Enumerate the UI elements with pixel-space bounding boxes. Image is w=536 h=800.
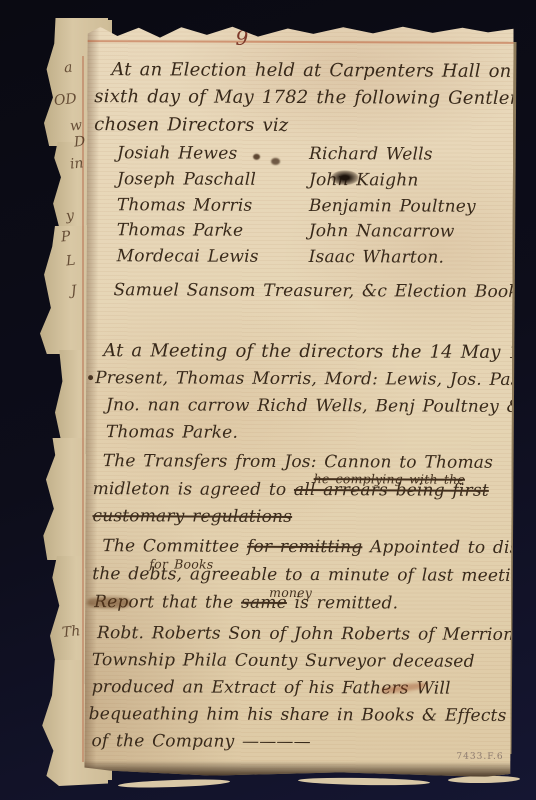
- stub-text-fragment: J: [70, 283, 77, 300]
- roberts-minute-line: bequeathing him his share in Books & Eff…: [89, 704, 507, 726]
- director-name: Mordecai Lewis: [117, 244, 259, 270]
- directors-list-right: Richard Wells John Kaighn Benjamin Poult…: [309, 142, 477, 272]
- treasurer-line: Samuel Sansom Treasurer, &c Election Boo…: [113, 280, 518, 302]
- manuscript-page: 9 At an Election held at Carpenters Hall…: [84, 23, 513, 777]
- committee-text: Appointed to discharge: [362, 537, 536, 558]
- director-name: Joseph Paschall: [117, 167, 259, 193]
- ink-blot: [271, 158, 280, 165]
- transfer-text: midleton is agreed to: [93, 479, 294, 500]
- transfer-minute-line: The Transfers from Jos: Cannon to Thomas: [103, 451, 493, 473]
- ink-blot: [331, 170, 359, 185]
- roberts-minute-line: Robt. Roberts Son of John Roberts of Mer…: [97, 623, 514, 645]
- committee-text: is remitted.: [287, 593, 398, 613]
- director-name: Richard Wells: [309, 142, 476, 169]
- meeting-present-line: Jno. nan carrow Richd Wells, Benj Poultn…: [106, 395, 522, 417]
- under-page-sliver: [118, 778, 230, 789]
- stub-text-fragment: a: [63, 60, 73, 77]
- ink-smudge: [87, 597, 131, 608]
- stub-text-fragment: P: [60, 229, 71, 246]
- stub-text-fragment: in: [69, 155, 84, 172]
- transfer-minute-line: midleton is agreed to all arrears being …: [93, 479, 489, 501]
- director-name: Isaac Wharton.: [309, 245, 476, 272]
- roberts-minute-line: of the Company ————: [91, 731, 310, 752]
- ink-blot: [253, 154, 260, 160]
- page-number: 9: [236, 26, 249, 50]
- election-heading-line: chosen Directors viz: [94, 114, 288, 136]
- election-heading-line: sixth day of May 1782 the following Gent…: [94, 86, 536, 109]
- struck-text-line: customary regulations: [92, 506, 292, 527]
- directors-list-left: Josiah Hewes Joseph Paschall Thomas Morr…: [117, 141, 260, 271]
- committee-minute-line: Report that the same is remitted.: [94, 592, 398, 613]
- margin-ink-dot: [88, 375, 93, 380]
- struck-text: same: [241, 593, 287, 613]
- stub-text-fragment: w: [69, 117, 83, 134]
- struck-text: all arrears being first: [294, 480, 489, 501]
- stub-text-fragment: Th: [61, 623, 81, 641]
- meeting-present-line: Thomas Parke.: [106, 422, 238, 443]
- director-name: Thomas Morris: [117, 193, 259, 219]
- roberts-minute-line: Township Phila County Surveyor deceased: [92, 650, 475, 672]
- election-heading-line: At an Election held at Carpenters Hall o…: [111, 59, 536, 82]
- meeting-heading: At a Meeting of the directors the 14 May…: [103, 340, 536, 363]
- manuscript-photo: a OD w D in y P L J Th 9 At an Election …: [0, 0, 536, 800]
- catalog-number: 7433.F.6: [456, 752, 503, 762]
- director-name: Thomas Parke: [117, 219, 259, 245]
- committee-minute-line: the debts, agreeable to a minute of last…: [92, 564, 533, 586]
- stub-text-fragment: y: [65, 208, 75, 225]
- director-name: John Nancarrow: [309, 219, 476, 246]
- meeting-present-line: Present, Thomas Morris, Mord: Lewis, Jos…: [95, 368, 536, 390]
- director-name: Josiah Hewes: [117, 141, 259, 167]
- director-name: Benjamin Poultney: [309, 194, 476, 221]
- red-ruled-line: [88, 40, 514, 44]
- page-bottom-shadow: [84, 760, 510, 777]
- stub-text-fragment: D: [73, 133, 86, 150]
- struck-text: for remitting: [247, 537, 362, 558]
- stub-text-fragment: L: [65, 253, 76, 270]
- committee-minute-line: The Committee for remitting Appointed to…: [102, 536, 536, 558]
- committee-text: The Committee: [102, 536, 247, 557]
- stub-text-fragment: OD: [53, 91, 77, 109]
- under-page-sliver: [298, 777, 430, 786]
